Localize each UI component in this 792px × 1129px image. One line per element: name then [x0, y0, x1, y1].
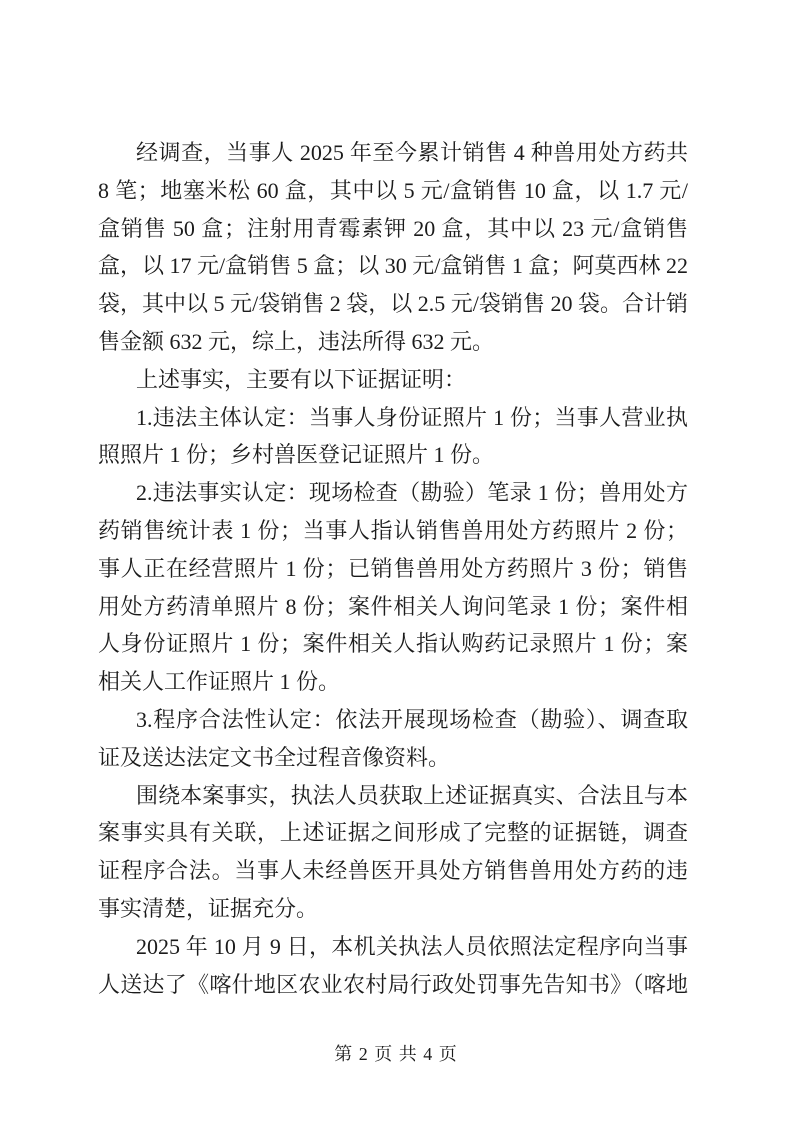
text-line: 经调查，当事人 2025 年至今累计销售 4 种兽用处方药共 — [98, 134, 688, 172]
text-line: 案事实具有关联，上述证据之间形成了完整的证据链，调查取 — [98, 814, 688, 852]
text-line: 围绕本案事实，执法人员获取上述证据真实、合法且与本 — [98, 777, 688, 815]
text-line: 2.违法事实认定：现场检查（勘验）笔录 1 份；兽用处方 — [98, 474, 688, 512]
text-line: 事人正在经营照片 1 份；已销售兽用处方药照片 3 份；销售兽 — [98, 550, 688, 588]
text-line: 盒，以 17 元/盒销售 5 盒；以 30 元/盒销售 1 盒；阿莫西林 22 — [98, 247, 688, 285]
text-line: 相关人工作证照片 1 份。 — [98, 663, 688, 701]
text-line: 照照片 1 份；乡村兽医登记证照片 1 份。 — [98, 436, 688, 474]
text-line: 证程序合法。当事人未经兽医开具处方销售兽用处方药的违法 — [98, 852, 688, 890]
document-body: 经调查，当事人 2025 年至今累计销售 4 种兽用处方药共8 笔；地塞米松 6… — [98, 134, 688, 1003]
text-line: 事实清楚，证据充分。 — [98, 890, 688, 928]
text-line: 上述事实，主要有以下证据证明： — [98, 361, 688, 399]
document-page: 经调查，当事人 2025 年至今累计销售 4 种兽用处方药共8 笔；地塞米松 6… — [0, 0, 792, 1129]
text-line: 1.违法主体认定：当事人身份证照片 1 份；当事人营业执 — [98, 399, 688, 437]
text-line: 售金额 632 元，综上，违法所得 632 元。 — [98, 323, 688, 361]
page-number-footer: 第 2 页 共 4 页 — [0, 1040, 792, 1066]
text-line: 8 笔；地塞米松 60 盒，其中以 5 元/盒销售 10 盒，以 1.7 元/ — [98, 172, 688, 210]
text-line: 2025 年 10 月 9 日，本机关执法人员依照法定程序向当事 — [98, 928, 688, 966]
text-line: 药销售统计表 1 份；当事人指认销售兽用处方药照片 2 份；当 — [98, 512, 688, 550]
text-line: 人送达了《喀什地区农业农村局行政处罚事先告知书》（喀地 — [98, 966, 688, 1004]
text-line: 袋，其中以 5 元/袋销售 2 袋，以 2.5 元/袋销售 20 袋。合计销 — [98, 285, 688, 323]
text-line: 人身份证照片 1 份；案件相关人指认购药记录照片 1 份；案件 — [98, 625, 688, 663]
text-line: 证及送达法定文书全过程音像资料。 — [98, 739, 688, 777]
text-line: 3.程序合法性认定：依法开展现场检查（勘验）、调查取 — [98, 701, 688, 739]
text-line: 盒销售 50 盒；注射用青霉素钾 20 盒，其中以 23 元/盒销售 14 — [98, 210, 688, 248]
text-line: 用处方药清单照片 8 份；案件相关人询问笔录 1 份；案件相关 — [98, 588, 688, 626]
